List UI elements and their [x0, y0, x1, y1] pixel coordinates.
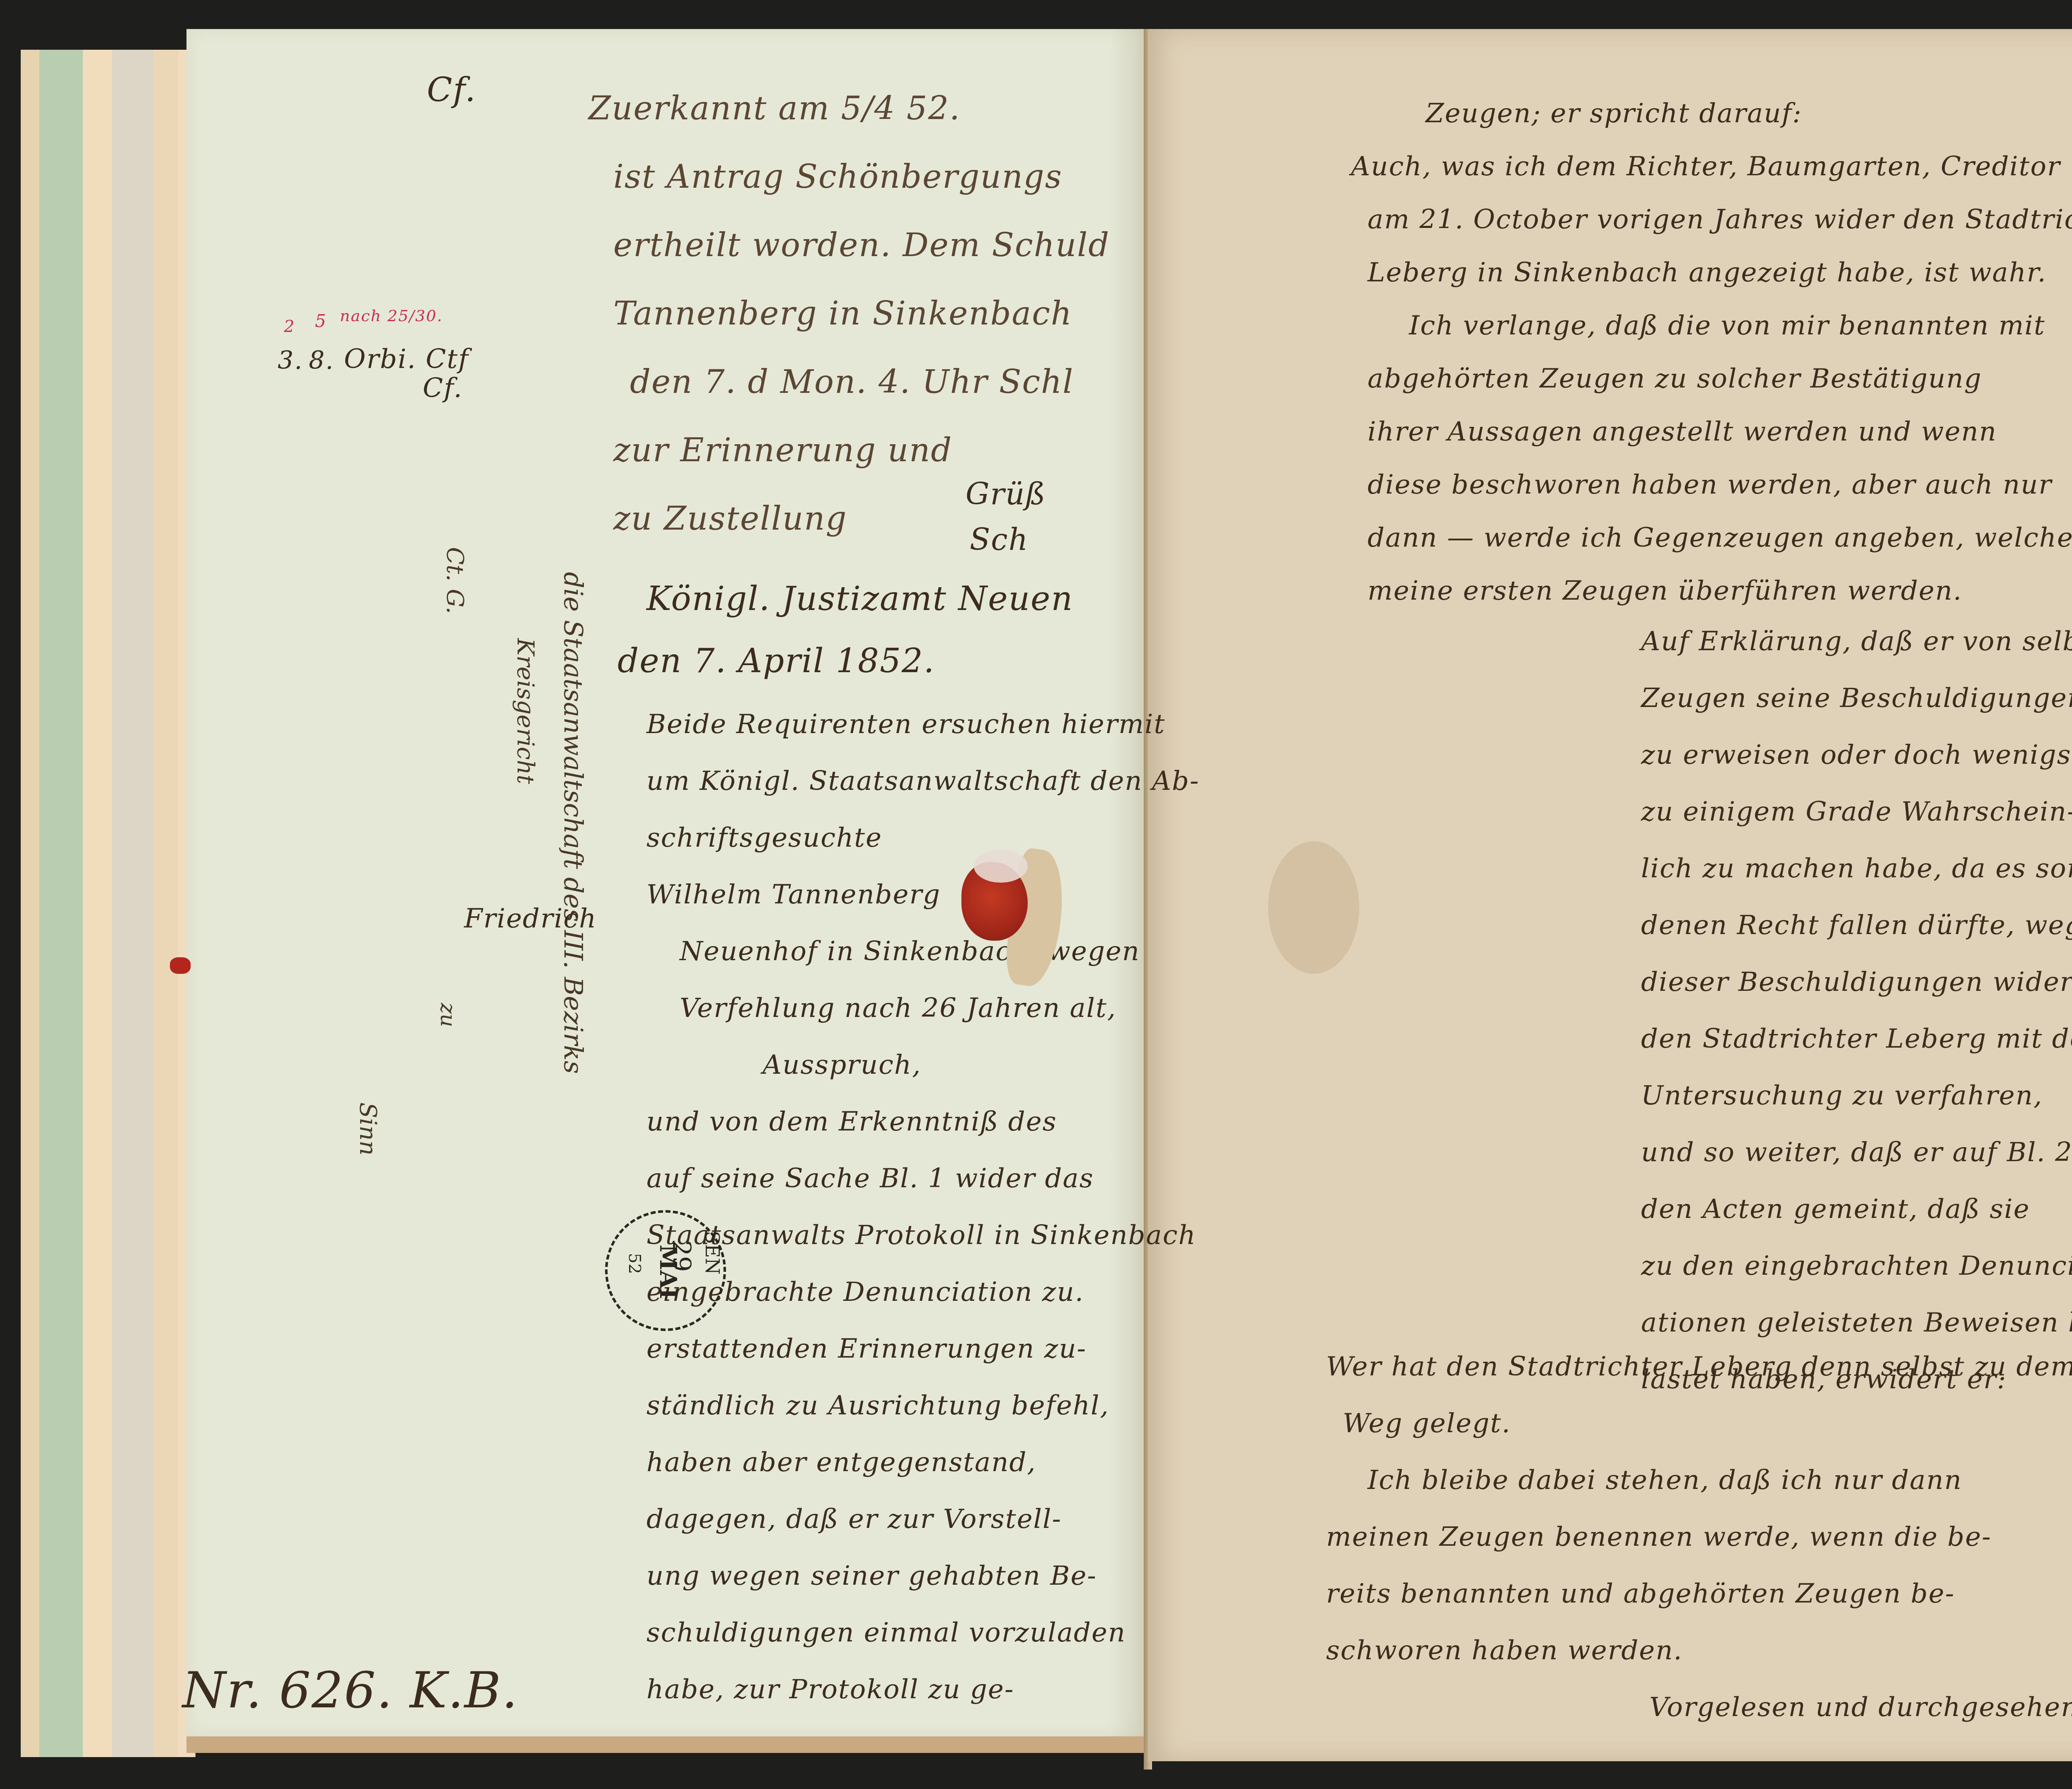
- signature: Grüß: [966, 477, 1046, 511]
- right-page-indented: Auf Erklärung, daß er von selbst Zeugen …: [1641, 613, 2072, 1408]
- seal-residue: [974, 850, 1028, 883]
- letter-line: Staatsanwalts Protokoll in Sinkenbach: [646, 1207, 1200, 1264]
- text-line: dieser Beschuldigungen wider: [1641, 954, 2072, 1011]
- text-line: Zeugen seine Beschuldigungen: [1641, 670, 2072, 727]
- text-line: Auf Erklärung, daß er von selbst: [1641, 613, 2072, 670]
- letter-line: Verfehlung nach 26 Jahren alt,: [646, 980, 1200, 1037]
- signature: Sch: [970, 522, 1029, 557]
- margin-name: Friedrich: [464, 903, 597, 934]
- note-line: ist Antrag Schönbergungs: [588, 143, 1110, 211]
- text-line: Zeugen; er spricht darauf:: [1409, 87, 2072, 140]
- letter-line: eingebrachte Denunciation zu.: [646, 1264, 1200, 1321]
- text-line: meinen Zeugen benennen werde, wenn die b…: [1326, 1509, 2072, 1566]
- text-line: diese beschworen haben werden, aber auch…: [1368, 458, 2072, 511]
- text-line: schworen haben werden.: [1326, 1622, 2072, 1679]
- text-line: den Acten gemeint, daß sie: [1641, 1181, 2072, 1238]
- red-note: nach 25/30.: [340, 307, 443, 325]
- right-page-bottom: Wer hat den Stadtrichter Leberg denn sel…: [1326, 1339, 2072, 1736]
- note-line: zur Erinnerung und: [588, 416, 1110, 485]
- text-line: zu einigem Grade Wahrschein-: [1641, 784, 2072, 840]
- text-line: Wer hat den Stadtrichter Leberg denn sel…: [1326, 1339, 2072, 1395]
- vertical-note: zu: [436, 1003, 460, 1027]
- text-line: Weg gelegt.: [1326, 1395, 2072, 1452]
- text-line: zu den eingebrachten Denunci-: [1641, 1238, 2072, 1295]
- vertical-note: Kreisgericht: [512, 638, 539, 784]
- text-line: den Stadtrichter Leberg mit der: [1641, 1011, 2072, 1068]
- letter-line: auf seine Sache Bl. 1 wider das: [646, 1150, 1200, 1207]
- right-page-text-top: Zeugen; er spricht darauf: Auch, was ich…: [1409, 87, 2072, 617]
- letter-line: schuldigungen einmal vorzuladen: [646, 1605, 1200, 1661]
- text-line: dann — werde ich Gegenzeugen angeben, we…: [1368, 511, 2072, 564]
- letter-line: um Königl. Staatsanwaltschaft den Ab-: [646, 753, 1200, 810]
- postmark-stamp: SEN 29 MAI 52: [605, 1210, 726, 1331]
- margin-mark: 8.: [309, 346, 334, 375]
- binding-layer: [153, 50, 178, 1757]
- letter-line: Wilhelm Tannenberg: [646, 867, 1200, 923]
- text-line: lich zu machen habe, da es sonst: [1641, 840, 2072, 897]
- vertical-note: Sinn: [354, 1102, 381, 1155]
- note-line: ertheilt worden. Dem Schuld: [588, 211, 1110, 280]
- red-number: 5: [315, 311, 327, 331]
- letter-line: habe, zur Protokoll zu ge-: [646, 1661, 1200, 1718]
- text-line: Leberg in Sinkenbach angezeigt habe, ist…: [1368, 246, 2072, 299]
- letter-line: dagegen, daß er zur Vorstell-: [646, 1491, 1200, 1548]
- letter-line: ständlich zu Ausrichtung befehl,: [646, 1377, 1200, 1434]
- postmark-month: MAI: [654, 1244, 682, 1299]
- page-edge: [186, 1736, 1148, 1753]
- catalog-number: Nr. 626. K.B.: [182, 1662, 518, 1719]
- stain: [1268, 841, 1359, 974]
- text-line: Ich verlange, daß die von mir benannten …: [1409, 299, 2072, 352]
- text-line: ihrer Aussagen angestellt werden und wen…: [1368, 405, 2072, 458]
- text-line: am 21. October vorigen Jahres wider den …: [1368, 193, 2072, 246]
- note-line: den 7. d Mon. 4. Uhr Schl: [588, 348, 1110, 416]
- margin-mark: Orbi. Ctf: [344, 344, 469, 375]
- red-number: 2: [284, 317, 295, 336]
- text-line: denen Recht fallen dürfte, wegen: [1641, 897, 2072, 954]
- text-line: Untersuchung zu verfahren,: [1641, 1068, 2072, 1124]
- letter-line: und von dem Erkenntniß des: [646, 1094, 1200, 1150]
- vertical-note: die Staatsanwaltschaft des III. Bezirks: [558, 572, 588, 1074]
- text-line: und so weiter, daß er auf Bl. 2: [1641, 1124, 2072, 1181]
- letter-heading: Königl. Justizamt Neuen: [646, 568, 1073, 630]
- vertical-note: Ct. G.: [441, 547, 468, 614]
- text-line: meine ersten Zeugen überführen werden.: [1368, 564, 2072, 617]
- text-line: abgehörten Zeugen zu solcher Bestätigung: [1368, 352, 2072, 405]
- binding-layer: [112, 50, 153, 1757]
- letter-line: Beide Requirenten ersuchen hiermit: [646, 696, 1200, 753]
- wax-fragment: [170, 957, 191, 974]
- corner-mark: Cf.: [427, 70, 476, 109]
- margin-mark: Cf.: [423, 373, 463, 404]
- letter-line: ung wegen seiner gehabten Be-: [646, 1548, 1200, 1605]
- postmark-place: SEN: [701, 1231, 724, 1274]
- letter-line: schriftsgesuchte: [646, 810, 1200, 867]
- letter-line: Ausspruch,: [646, 1037, 1200, 1094]
- note-line: Tannenberg in Sinkenbach: [588, 280, 1110, 348]
- letter-header: Königl. Justizamt Neuen den 7. April 185…: [646, 568, 1073, 692]
- letter-line: erstattenden Erinnerungen zu-: [646, 1321, 1200, 1377]
- text-line: Vorgelesen und durchgesehen: [1326, 1679, 2072, 1736]
- text-line: Auch, was ich dem Richter, Baumgarten, C…: [1351, 140, 2072, 193]
- postmark-year: 52: [625, 1253, 644, 1274]
- letter-body: Beide Requirenten ersuchen hiermit um Kö…: [646, 696, 1200, 1718]
- letter-date: den 7. April 1852.: [617, 630, 1073, 692]
- letter-line: Neuenhof in Sinkenbach, wegen: [646, 923, 1200, 980]
- letter-line: haben aber entgegenstand,: [646, 1434, 1200, 1491]
- margin-mark: 3.: [278, 346, 303, 375]
- binding-layer: [83, 50, 112, 1757]
- text-line: Ich bleibe dabei stehen, daß ich nur dan…: [1326, 1452, 2072, 1509]
- text-line: reits benannten und abgehörten Zeugen be…: [1326, 1566, 2072, 1622]
- binding-layer-green: [39, 50, 85, 1757]
- note-line: Zuerkannt am 5/4 52.: [588, 75, 1110, 143]
- text-line: zu erweisen oder doch wenigstens: [1641, 727, 2072, 784]
